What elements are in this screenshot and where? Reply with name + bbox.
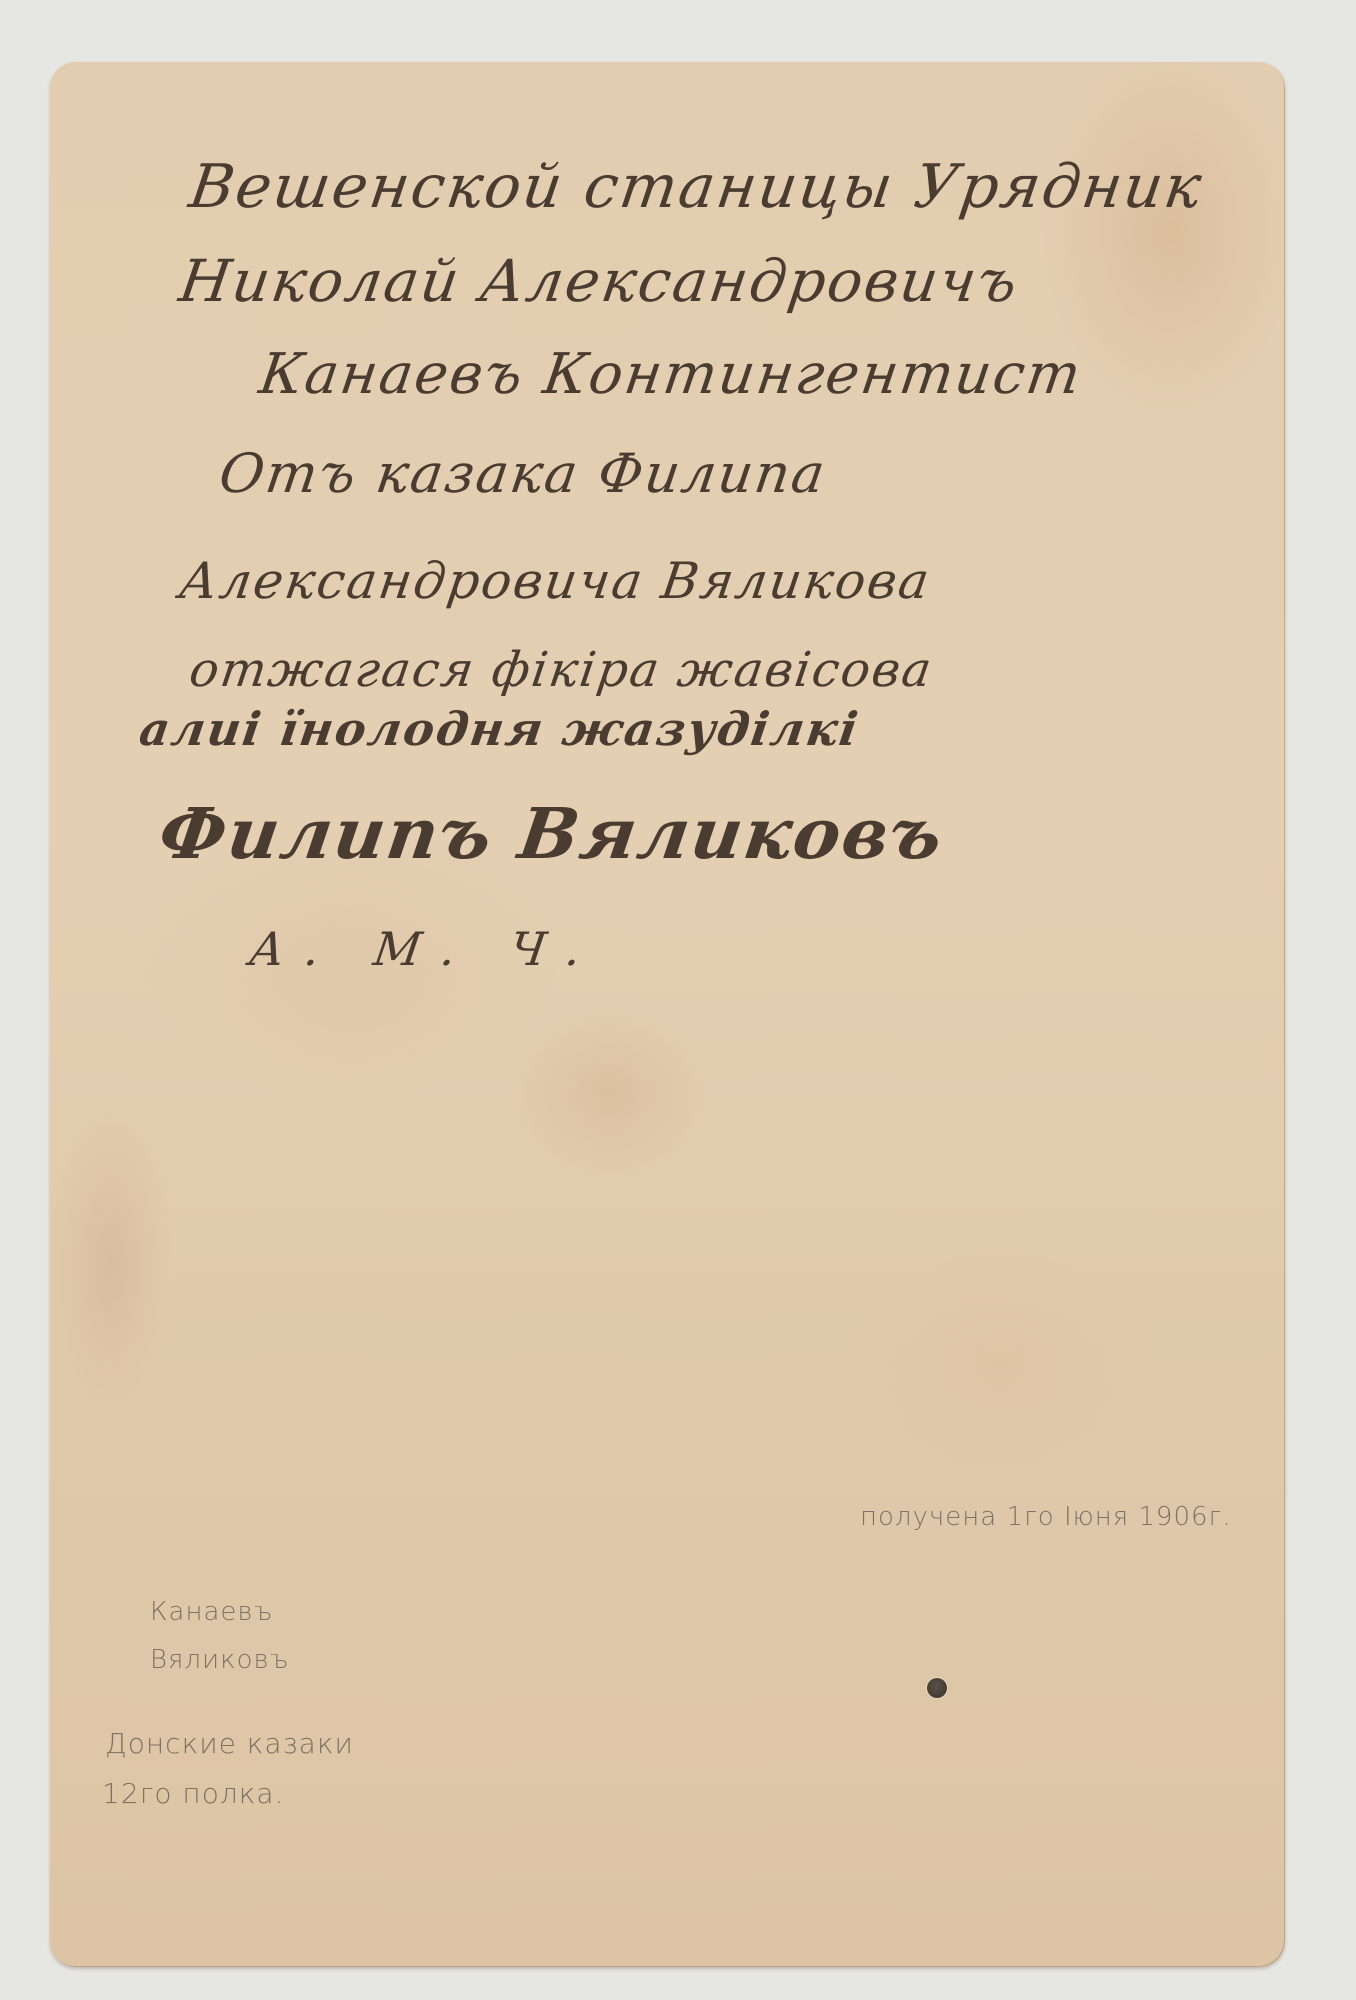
inscription-line-6: отжагася фікіра жавісова: [186, 642, 937, 698]
photo-card-back: Вешенской станицы Урядник Николай Алекса…: [50, 62, 1285, 1967]
initials: А. М. Ч.: [246, 922, 604, 976]
inscription-line-2: Николай Александровичъ: [175, 247, 1023, 315]
punch-hole: [927, 1678, 947, 1698]
inscription-line-7: алиі їнолодня жазуділкі: [136, 702, 863, 756]
inscription-line-4: Отъ казака Филипа: [216, 442, 831, 505]
pencil-name-2: Вяликовъ: [150, 1645, 290, 1675]
inscription-line-5: Александровича Вяликова: [176, 552, 935, 610]
pencil-name-1: Канаевъ: [150, 1597, 274, 1627]
caption-line-1: Донские казаки: [105, 1727, 354, 1760]
signature: Филипъ Вяликовъ: [154, 792, 949, 875]
received-date-note: получена 1го Іюня 1906г.: [860, 1502, 1232, 1532]
inscription-line-3: Канаевъ Контингентист: [255, 342, 1086, 407]
caption-line-2: 12го полка.: [102, 1777, 284, 1810]
inscription-line-1: Вешенской станицы Урядник: [185, 152, 1207, 222]
